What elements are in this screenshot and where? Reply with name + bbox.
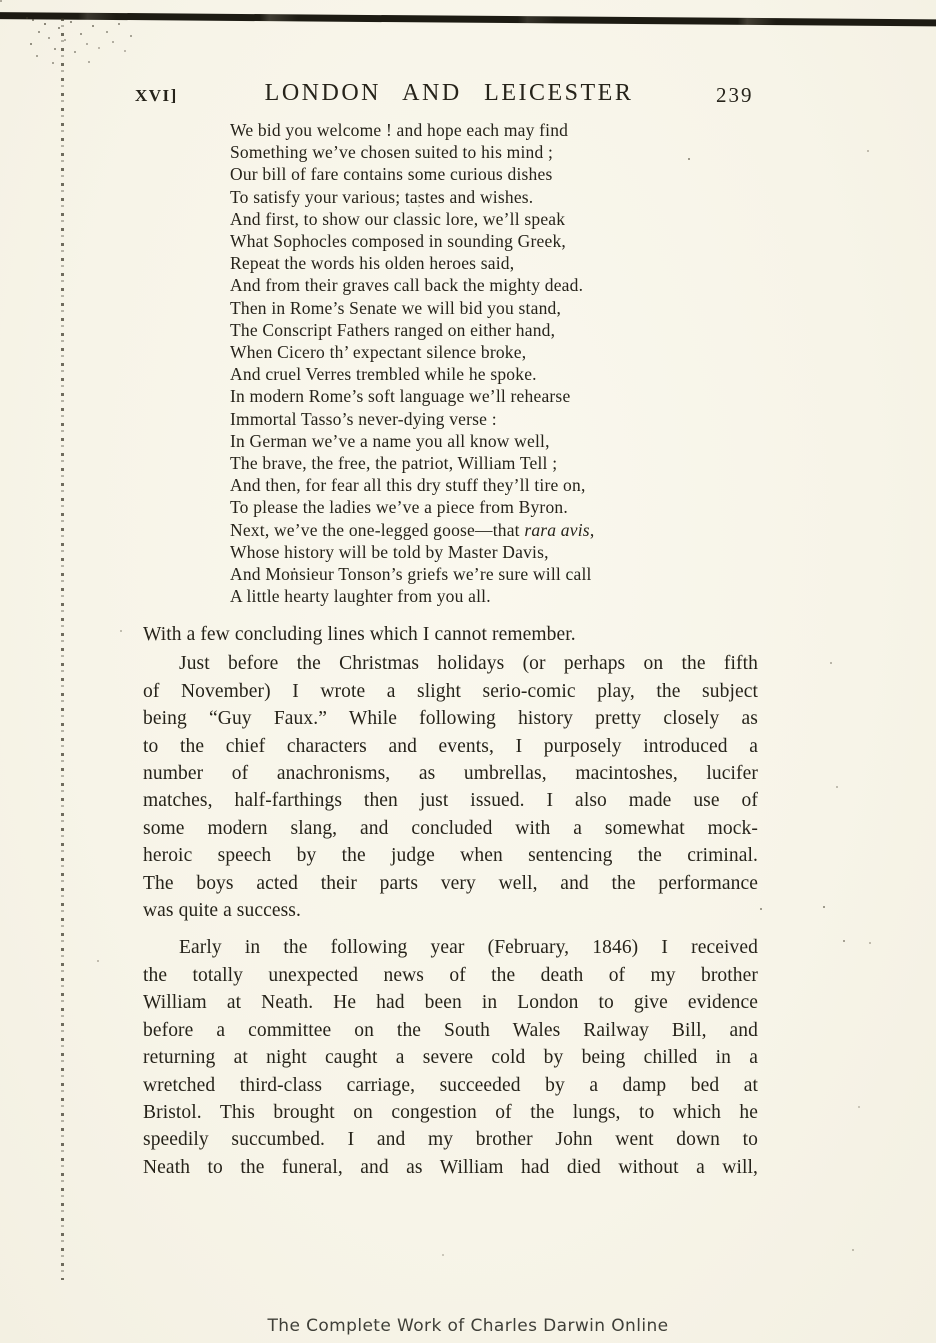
poem-line: Then in Rome’s Senate we will bid you st… xyxy=(230,297,775,319)
prose-line: the totally unexpected news of the death… xyxy=(143,962,758,989)
prose-line: speedily succumbed. I and my brother Joh… xyxy=(143,1126,758,1153)
poem-line: To please the ladies we’ve a piece from … xyxy=(230,496,775,518)
prose-line: was quite a success. xyxy=(143,897,758,924)
poem-line: To satisfy your various; tastes and wish… xyxy=(230,186,775,208)
prose-line: some modern slang, and concluded with a … xyxy=(143,815,758,842)
prose-line: before a committee on the South Wales Ra… xyxy=(143,1017,758,1044)
prose-block: With a few concluding lines which I cann… xyxy=(143,621,758,1181)
poem-line: And Moṅsieur Tonson’s griefs we’re sure… xyxy=(230,563,775,585)
paragraph: Early in the following year (February, 1… xyxy=(143,934,758,1181)
poem-line: In German we’ve a name you all know well… xyxy=(230,430,775,452)
prose-line: matches, half-farthings then just issued… xyxy=(143,787,758,814)
prose-line: Neath to the funeral, and as William had… xyxy=(143,1154,758,1181)
prose-line: returning at night caught a severe cold … xyxy=(143,1044,758,1071)
poem-line: And then, for fear all this dry stuff th… xyxy=(230,474,775,496)
poem-line: And cruel Verres trembled while he spoke… xyxy=(230,363,775,385)
poem-block: We bid you welcome ! and hope each may f… xyxy=(230,119,775,607)
poem-line: Something we’ve chosen suited to his min… xyxy=(230,141,775,163)
prose-line: heroic speech by the judge when sentenci… xyxy=(143,842,758,869)
darwin-online-credit: The Complete Work of Charles Darwin Onli… xyxy=(0,1316,936,1336)
prose-line: William at Neath. He had been in London … xyxy=(143,989,758,1016)
prose-line: wretched third-class carriage, succeeded… xyxy=(143,1072,758,1099)
prose-line: With a few concluding lines which I cann… xyxy=(143,621,758,648)
prose-line: Just before the Christmas holidays (or p… xyxy=(143,650,758,677)
prose-line: The boys acted their parts very well, an… xyxy=(143,870,758,897)
poem-line: When Cicero th’ expectant silence broke, xyxy=(230,341,775,363)
paragraph: With a few concluding lines which I cann… xyxy=(143,621,758,648)
poem-line: The Conscript Fathers ranged on either h… xyxy=(230,319,775,341)
poem-line: Whose history will be told by Master Dav… xyxy=(230,541,775,563)
poem-line: In modern Rome’s soft language we’ll reh… xyxy=(230,385,775,407)
scan-edge-artifact xyxy=(0,12,936,27)
binding-gutter-artifact xyxy=(61,18,64,1280)
poem-line: And first, to show our classic lore, we’… xyxy=(230,208,775,230)
prose-line: to the chief characters and events, I pu… xyxy=(143,733,758,760)
prose-line: Early in the following year (February, 1… xyxy=(143,934,758,961)
prose-line: of November) I wrote a slight serio-comi… xyxy=(143,678,758,705)
poem-line: What Sophocles composed in sounding Gree… xyxy=(230,230,775,252)
latin-phrase-italic: rara avis xyxy=(524,520,590,540)
poem-line: A little hearty laughter from you all. xyxy=(230,585,775,607)
book-page-scan: XVI] LONDON AND LEICESTER 239 We bid you… xyxy=(0,0,936,1343)
prose-line: Bristol. This brought on congestion of t… xyxy=(143,1099,758,1126)
scan-noise-dots xyxy=(0,0,2,2)
poem-line: The brave, the free, the patriot, Willia… xyxy=(230,452,775,474)
page-header: XVI] LONDON AND LEICESTER 239 xyxy=(0,80,936,114)
poem-line-with-latin-phrase: Next, we’ve the one-legged goose—that ra… xyxy=(230,519,775,541)
poem-line: And from their graves call back the migh… xyxy=(230,274,775,296)
poem-line-text: Next, we’ve the one-legged goose—that xyxy=(230,520,524,540)
poem-line: We bid you welcome ! and hope each may f… xyxy=(230,119,775,141)
poem-line: Our bill of fare contains some curious d… xyxy=(230,163,775,185)
poem-line: Immortal Tasso’s never-dying verse : xyxy=(230,408,775,430)
page-number: 239 xyxy=(716,83,754,108)
poem-line-text: , xyxy=(590,520,595,540)
prose-line: being “Guy Faux.” While following histor… xyxy=(143,705,758,732)
poem-line: Repeat the words his olden heroes said, xyxy=(230,252,775,274)
prose-line: number of anachronisms, as umbrellas, ma… xyxy=(143,760,758,787)
running-title: LONDON AND LEICESTER xyxy=(0,80,917,107)
paragraph: Just before the Christmas holidays (or p… xyxy=(143,650,758,924)
scan-noise-patch xyxy=(26,17,138,69)
